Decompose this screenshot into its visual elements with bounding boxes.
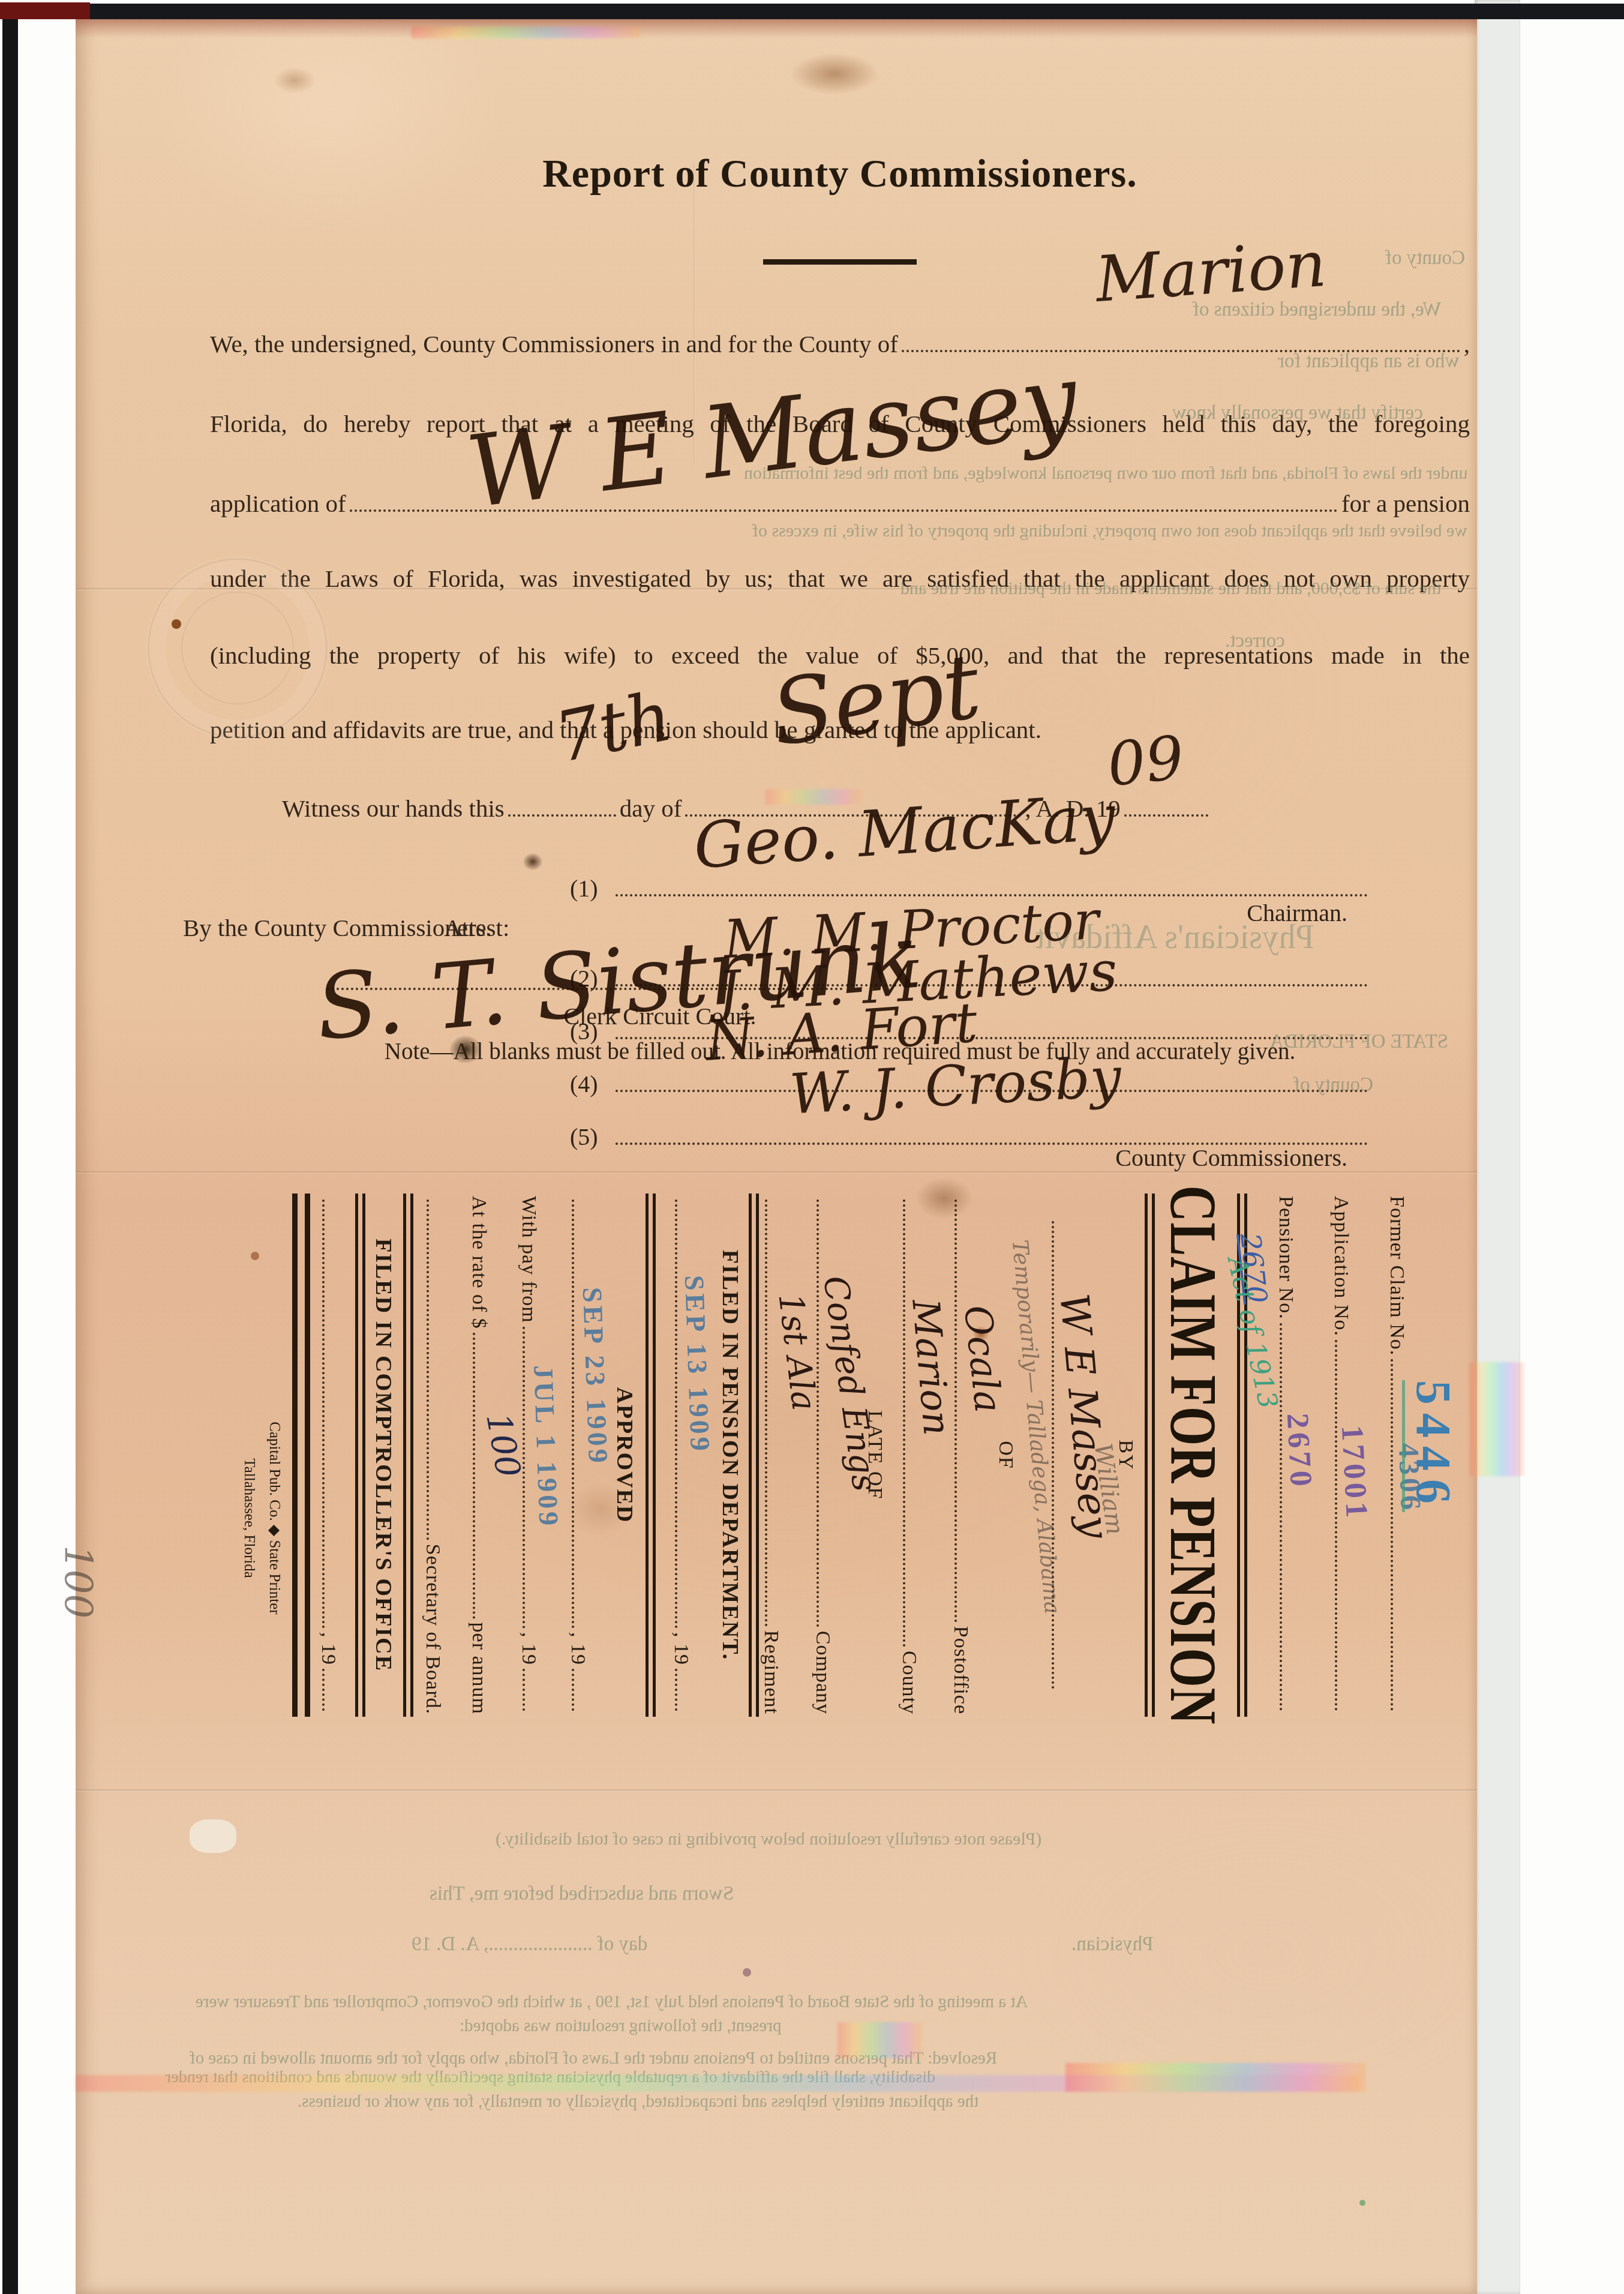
scan-top-left-red-edge (0, 2, 90, 19)
year-line (322, 1669, 345, 1711)
pensioner-number-stamp: 2670 (1280, 1413, 1319, 1491)
bleedthrough-text: the applicant entirely helpless and inca… (298, 2092, 978, 2112)
secretary-line (427, 1200, 449, 1540)
scan-artifact (837, 2022, 921, 2058)
application-label: Application No. (1329, 1196, 1352, 1336)
rate-suffix: per annum (467, 1623, 490, 1714)
approved-label: APPROVED (611, 1185, 638, 1725)
signature-number: (4) (570, 1070, 612, 1098)
body-text: day of (620, 791, 682, 825)
docket-rule (355, 1194, 365, 1717)
pay-from-label: With pay from (517, 1196, 540, 1323)
printer-title: State Printer (266, 1540, 283, 1614)
scanned-document-page: County of We, the undersigned citizens o… (0, 0, 1624, 2294)
body-text: application of (210, 487, 346, 520)
bleedthrough-text: we believe that the applicant does not o… (752, 521, 1467, 541)
scan-artifact (1470, 1362, 1524, 1476)
signature-number: (1) (570, 874, 612, 902)
document-paper: County of We, the undersigned citizens o… (76, 18, 1477, 2294)
fold-crease (76, 1789, 1477, 1792)
paper-chip (190, 1819, 236, 1853)
fill-in-line-county (902, 325, 1460, 352)
printer-city: Tallahassee, Florida (241, 1377, 257, 1659)
bleedthrough-text: (Please note carefully resolution below … (496, 1829, 1041, 1849)
body-text: for a pension (1341, 487, 1470, 520)
handwritten-year: 09 (1104, 722, 1187, 800)
application-number-stamp: 17001 (1334, 1425, 1374, 1522)
file-number-handwritten: 5446 (1402, 1380, 1461, 1512)
body-text: Witness our hands this (282, 791, 505, 825)
bleedthrough-text: certify that we personally know (1172, 402, 1423, 424)
bleedthrough-text: Physician. (1071, 1933, 1154, 1956)
pensioner-line (1280, 1323, 1302, 1711)
scan-top-border (0, 4, 1624, 19)
spot (743, 1968, 751, 1977)
year-line (523, 1669, 545, 1711)
page-title: Report of County Commissioners. (210, 151, 1470, 197)
stain (790, 53, 879, 95)
pay-from-date-stamp: JUL 1 1909 (527, 1365, 565, 1529)
signature-number: (5) (570, 1123, 612, 1151)
year-suffix: , 19 (566, 1632, 589, 1665)
rust-spot (172, 619, 181, 629)
body-text: We, the undersigned, County Commissioner… (210, 327, 898, 361)
filed-pension-date-stamp: SEP 13 1909 (679, 1275, 716, 1454)
spot (1359, 2200, 1365, 2206)
bleedthrough-text: At a meeting of the State Board of Pensi… (196, 1992, 1028, 2012)
former-claim-label: Former Claim No. (1385, 1196, 1408, 1356)
fill-in-line-day (508, 790, 616, 817)
comptroller-date-line (322, 1200, 345, 1629)
claim-for-pension-docket: Former Claim No. 4306 Application No. 17… (223, 1185, 1446, 1725)
bleedthrough-text: the sum of $5,000, and that the statemen… (900, 578, 1441, 599)
bleedthrough-text: who is an applicant for (1278, 350, 1459, 373)
stain (274, 67, 316, 94)
regiment-label: Regiment (760, 1630, 782, 1714)
embossed-seal (148, 558, 328, 738)
printer-ornament-icon: ◆ (266, 1525, 283, 1536)
bleedthrough-text: County of (1293, 1074, 1373, 1096)
docket-panel-area: Former Claim No. 4306 Application No. 17… (223, 1185, 1446, 1725)
scan-artifact (766, 789, 861, 805)
bleedthrough-text: present, the following resolution was ad… (460, 2016, 781, 2036)
attest-label: Attest: (444, 911, 509, 944)
scan-left-border (2, 17, 18, 2294)
claimant-name-line (1052, 1221, 1058, 1689)
bleedthrough-text: Sworn and subscribed before me, This (430, 1883, 734, 1905)
docket-rule (749, 1194, 759, 1717)
county-label: County (897, 1651, 920, 1714)
bleedthrough-text: correct. (1225, 630, 1285, 652)
docket-rule (403, 1194, 413, 1717)
regiment-line (765, 1200, 788, 1627)
docket-thick-rule (292, 1194, 310, 1717)
commissioners-label: County Commissioners. (1115, 1144, 1347, 1172)
company-label: Company (811, 1631, 834, 1714)
postoffice-label: Postoffice (949, 1626, 972, 1714)
docket-rule (1145, 1194, 1155, 1717)
rate-label: At the rate of $ (467, 1196, 490, 1329)
filed-pension-label: FILED IN PENSION DEPARTMENT. (717, 1185, 743, 1725)
year-suffix: , 19 (670, 1632, 692, 1665)
approved-date-stamp: SEP 23 1909 (577, 1287, 614, 1466)
year-suffix: , 19 (517, 1632, 540, 1665)
printer-credit: Capital Pub. Co. ◆ State Printer (266, 1377, 284, 1659)
ink-blot (523, 853, 542, 870)
year-suffix: , 19 (317, 1632, 340, 1665)
docket-rule (646, 1194, 656, 1717)
pensioner-label: Pensioner No. (1274, 1196, 1297, 1320)
body-text: , (1464, 327, 1470, 361)
secretary-label: Secretary of Board. (421, 1544, 444, 1714)
application-line (1335, 1340, 1358, 1711)
scan-artifact (412, 26, 640, 38)
title-rule (763, 259, 917, 265)
comptroller-label: FILED IN COMPTROLLER'S OFFICE (370, 1185, 397, 1725)
pencil-rate-note: 100 (55, 1545, 100, 1618)
printer-name: Capital Pub. Co. (266, 1422, 283, 1521)
docket-title: CLAIM FOR PENSION (1155, 1185, 1230, 1725)
year-line (675, 1669, 698, 1711)
scan-artifact (1065, 2063, 1365, 2092)
bleedthrough-text: STATE OF FLORIDA (1269, 1031, 1448, 1053)
year-line (572, 1669, 595, 1711)
signature-line (616, 1118, 1368, 1145)
bleedthrough-text: County of (1385, 247, 1465, 269)
claimant-name-handwritten: W E Massey (1050, 1291, 1118, 1540)
bleedthrough-text: day of ....................., A. D. 19 (412, 1933, 647, 1956)
backing-sheet-edge (1475, 0, 1520, 2294)
